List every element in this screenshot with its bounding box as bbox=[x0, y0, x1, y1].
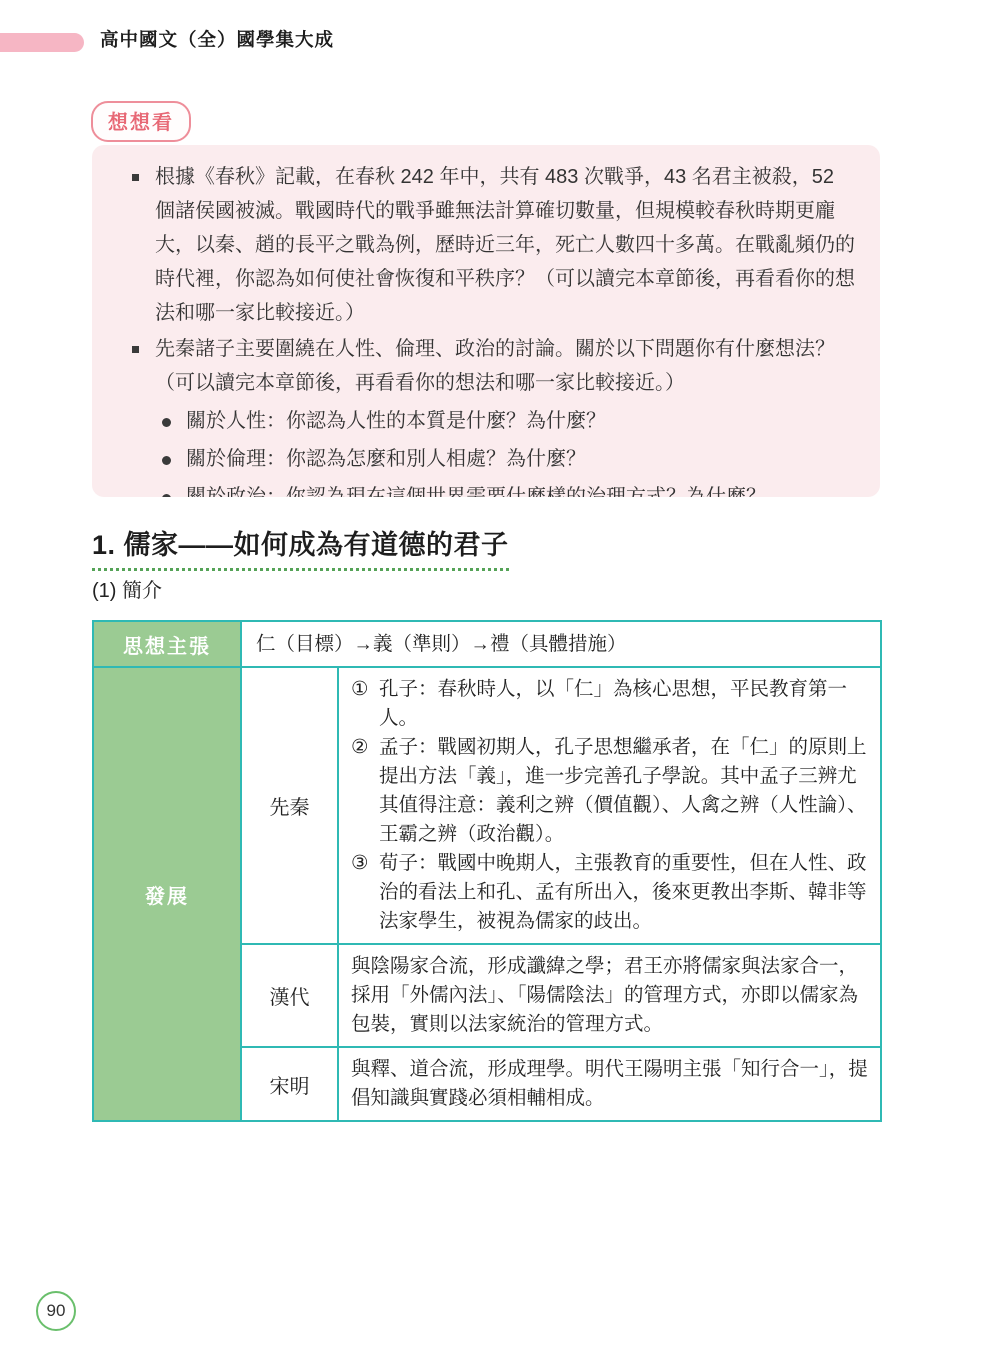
era-cell: 先秦 bbox=[241, 667, 338, 944]
square-bullet-icon bbox=[132, 346, 139, 353]
sub-bullet-text: 關於倫理：你認為怎麼和別人相處？為什麼？ bbox=[186, 443, 856, 476]
circled-number: ① bbox=[351, 675, 379, 704]
square-bullet-icon bbox=[132, 174, 139, 181]
sub-list-item: 關於倫理：你認為怎麼和別人相處？為什麼？ bbox=[110, 443, 856, 476]
think-badge: 想想看 bbox=[91, 101, 191, 142]
claim-content-cell: 仁（目標）→義（準則）→禮（具體措施） bbox=[241, 621, 881, 667]
circle-bullet-icon bbox=[162, 494, 171, 497]
numbered-item-text: 孔子：春秋時人，以「仁」為核心思想，平民教育第一人。 bbox=[379, 675, 868, 733]
claim-label-cell: 思想主張 bbox=[93, 621, 241, 667]
numbered-item-text: 荀子：戰國中晚期人，主張教育的重要性，但在人性、政治的看法上和孔、孟有所出入，後… bbox=[379, 849, 868, 936]
think-box: 根據《春秋》記載，在春秋 242 年中，共有 483 次戰爭，43 名君主被殺，… bbox=[92, 145, 880, 497]
section-heading: 1. 儒家——如何成為有道德的君子 bbox=[92, 523, 509, 571]
sub-bullet-text: 關於人性：你認為人性的本質是什麼？為什麼？ bbox=[186, 405, 856, 438]
section-heading-text: 1. 儒家——如何成為有道德的君子 bbox=[92, 523, 509, 571]
summary-table: 思想主張 仁（目標）→義（準則）→禮（具體措施） 發展 先秦 ① 孔子：春秋時人… bbox=[92, 620, 882, 1122]
circle-bullet-icon bbox=[162, 418, 171, 427]
header-pill-decoration bbox=[0, 33, 84, 52]
era-cell: 漢代 bbox=[241, 944, 338, 1047]
page-number-badge: 90 bbox=[36, 1291, 76, 1331]
numbered-item: ③ 荀子：戰國中晚期人，主張教育的重要性，但在人性、政治的看法上和孔、孟有所出入… bbox=[351, 849, 868, 936]
era-cell: 宋明 bbox=[241, 1047, 338, 1121]
era-content-cell: 與釋、道合流，形成理學。明代王陽明主張「知行合一」，提倡知識與實踐必須相輔相成。 bbox=[338, 1047, 881, 1121]
bullet-text: 根據《春秋》記載，在春秋 242 年中，共有 483 次戰爭，43 名君主被殺，… bbox=[155, 160, 855, 330]
table-row-era-xianqin: 發展 先秦 ① 孔子：春秋時人，以「仁」為核心思想，平民教育第一人。 ② 孟子：… bbox=[93, 667, 881, 944]
section-subheading: (1) 簡介 bbox=[92, 574, 162, 603]
development-label-cell: 發展 bbox=[93, 667, 241, 1121]
circled-number: ③ bbox=[351, 849, 379, 878]
bullet-text: 先秦諸子主要圍繞在人性、倫理、政治的討論。關於以下問題你有什麼想法？（可以讀完本… bbox=[155, 332, 855, 400]
circled-number: ② bbox=[351, 733, 379, 762]
sub-bullet-text: 關於政治：你認為現在這個世界需要什麼樣的治理方式？為什麼？ bbox=[186, 481, 856, 497]
list-item: 根據《春秋》記載，在春秋 242 年中，共有 483 次戰爭，43 名君主被殺，… bbox=[110, 160, 856, 330]
era-content-cell: 與陰陽家合流，形成讖緯之學；君王亦將儒家與法家合一，採用「外儒內法」、「陽儒陰法… bbox=[338, 944, 881, 1047]
numbered-item: ② 孟子：戰國初期人，孔子思想繼承者，在「仁」的原則上提出方法「義」，進一步完善… bbox=[351, 733, 868, 849]
sub-list-item: 關於政治：你認為現在這個世界需要什麼樣的治理方式？為什麼？ bbox=[110, 481, 856, 497]
numbered-item: ① 孔子：春秋時人，以「仁」為核心思想，平民教育第一人。 bbox=[351, 675, 868, 733]
list-item: 先秦諸子主要圍繞在人性、倫理、政治的討論。關於以下問題你有什麼想法？（可以讀完本… bbox=[110, 332, 856, 400]
numbered-item-text: 孟子：戰國初期人，孔子思想繼承者，在「仁」的原則上提出方法「義」，進一步完善孔子… bbox=[379, 733, 868, 849]
page-number: 90 bbox=[47, 1301, 66, 1321]
book-title: 高中國文（全）國學集大成 bbox=[100, 26, 334, 52]
sub-list-item: 關於人性：你認為人性的本質是什麼？為什麼？ bbox=[110, 405, 856, 438]
era-content-cell: ① 孔子：春秋時人，以「仁」為核心思想，平民教育第一人。 ② 孟子：戰國初期人，… bbox=[338, 667, 881, 944]
circle-bullet-icon bbox=[162, 456, 171, 465]
think-badge-label: 想想看 bbox=[108, 112, 174, 134]
table-row-claim: 思想主張 仁（目標）→義（準則）→禮（具體措施） bbox=[93, 621, 881, 667]
